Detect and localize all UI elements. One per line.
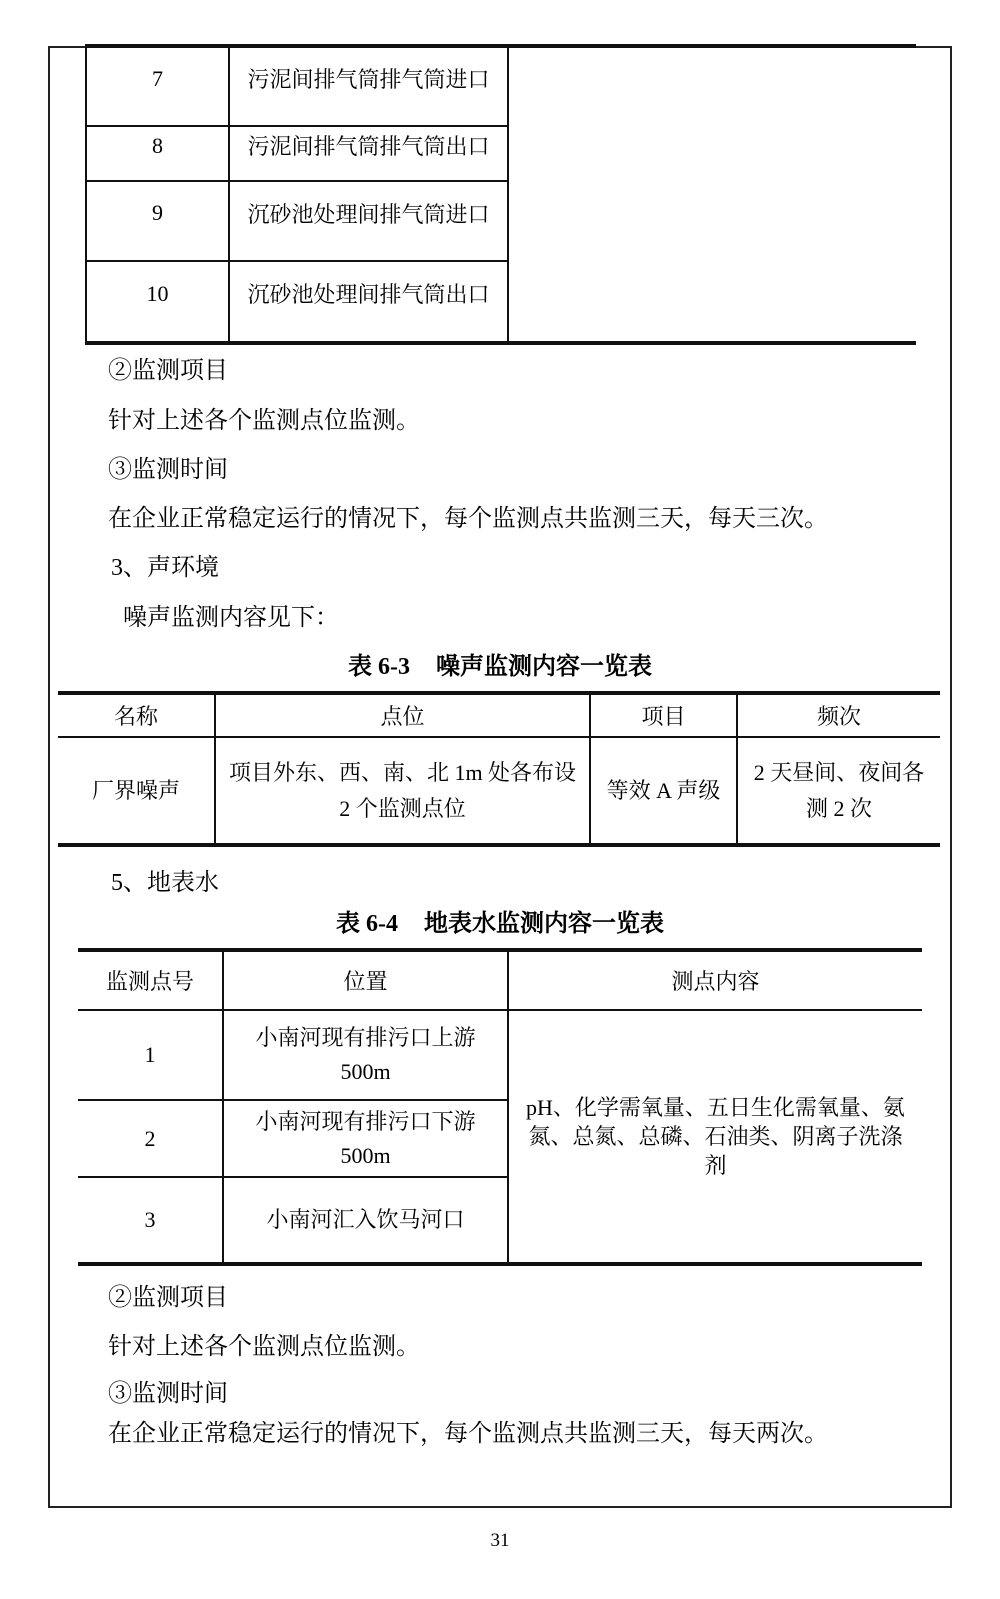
table-6-3-caption: 表 6-3噪声监测内容一览表 [48, 646, 952, 681]
water-point-location: 小南河现有排污口上游 500m [223, 1010, 508, 1100]
point-name: 沉砂池处理间排气筒出口 [229, 261, 508, 343]
noise-table-wrap: 名称 点位 项目 频次 厂界噪声 项目外东、西、南、北 1m 处各布设 2 个监… [58, 691, 940, 847]
noise-item: 等效 A 声级 [590, 737, 737, 845]
water-point-no: 3 [78, 1177, 223, 1264]
col-header-content: 测点内容 [508, 950, 922, 1010]
page-number: 31 [0, 1530, 1000, 1552]
noise-frequency: 2 天昼间、夜间各 测 2 次 [737, 737, 940, 845]
air-item3-heading: ③监测时间 [108, 455, 228, 485]
point-no: 7 [86, 46, 229, 126]
col-header-item: 项目 [590, 693, 737, 737]
point-name: 污泥间排气筒排气筒出口 [229, 126, 508, 181]
col-header-position: 位置 [223, 950, 508, 1010]
noise-location: 项目外东、西、南、北 1m 处各布设 2 个监测点位 [215, 737, 590, 845]
water-table: 监测点号 位置 测点内容 1 小南河现有排污口上游 500m pH、化学需氧量、… [78, 948, 922, 1266]
noise-name: 厂界噪声 [58, 737, 215, 845]
water-parameters: pH、化学需氧量、五日生化需氧量、氨 氮、总氮、总磷、石油类、阴离子洗涤 剂 [508, 1010, 922, 1264]
col-header-frequency: 频次 [737, 693, 940, 737]
table-6-3-label: 表 6-3 [348, 654, 410, 680]
table-row: 7 污泥间排气筒排气筒进口 [86, 46, 916, 126]
header-row: 监测点号 位置 测点内容 [78, 950, 922, 1010]
air-item2-heading: ②监测项目 [108, 356, 228, 386]
table-6-4-caption: 表 6-4地表水监测内容一览表 [48, 903, 952, 938]
water-item3-body: 在企业正常稳定运行的情况下，每个监测点共监测三天，每天两次。 [108, 1419, 828, 1449]
water-point-location: 小南河现有排污口下游 500m [223, 1100, 508, 1177]
noise-section-heading: 3、声环境 [111, 553, 219, 583]
water-item2-body: 针对上述各个监测点位监测。 [108, 1332, 420, 1362]
point-no: 9 [86, 181, 229, 261]
water-point-no: 1 [78, 1010, 223, 1100]
col-header-location: 点位 [215, 693, 590, 737]
water-point-no: 2 [78, 1100, 223, 1177]
table-row: 厂界噪声 项目外东、西、南、北 1m 处各布设 2 个监测点位 等效 A 声级 … [58, 737, 940, 845]
empty-cell [508, 46, 916, 343]
water-table-wrap: 监测点号 位置 测点内容 1 小南河现有排污口上游 500m pH、化学需氧量、… [78, 948, 922, 1266]
noise-intro: 噪声监测内容见下： [123, 603, 339, 633]
air-item2-body: 针对上述各个监测点位监测。 [108, 406, 420, 436]
table-6-4-label: 表 6-4 [336, 911, 398, 937]
document-page: 7 污泥间排气筒排气筒进口 8 污泥间排气筒排气筒出口 9 沉砂池处理间排气筒进… [0, 0, 1000, 1599]
air-item3-body: 在企业正常稳定运行的情况下，每个监测点共监测三天，每天三次。 [108, 504, 828, 534]
table-6-4-title: 地表水监测内容一览表 [424, 911, 664, 937]
table-6-3-title: 噪声监测内容一览表 [436, 654, 652, 680]
header-row: 名称 点位 项目 频次 [58, 693, 940, 737]
exhaust-points-table-wrap: 7 污泥间排气筒排气筒进口 8 污泥间排气筒排气筒出口 9 沉砂池处理间排气筒进… [85, 44, 916, 345]
water-point-location: 小南河汇入饮马河口 [223, 1177, 508, 1264]
point-name: 污泥间排气筒排气筒进口 [229, 46, 508, 126]
table-row: 1 小南河现有排污口上游 500m pH、化学需氧量、五日生化需氧量、氨 氮、总… [78, 1010, 922, 1100]
water-section-heading: 5、地表水 [111, 868, 219, 898]
point-no: 8 [86, 126, 229, 181]
point-no: 10 [86, 261, 229, 343]
noise-table: 名称 点位 项目 频次 厂界噪声 项目外东、西、南、北 1m 处各布设 2 个监… [58, 691, 940, 847]
col-header-point-no: 监测点号 [78, 950, 223, 1010]
water-item2-heading: ②监测项目 [108, 1283, 228, 1313]
exhaust-points-table: 7 污泥间排气筒排气筒进口 8 污泥间排气筒排气筒出口 9 沉砂池处理间排气筒进… [85, 44, 916, 345]
col-header-name: 名称 [58, 693, 215, 737]
point-name: 沉砂池处理间排气筒进口 [229, 181, 508, 261]
water-item3-heading: ③监测时间 [108, 1379, 228, 1409]
